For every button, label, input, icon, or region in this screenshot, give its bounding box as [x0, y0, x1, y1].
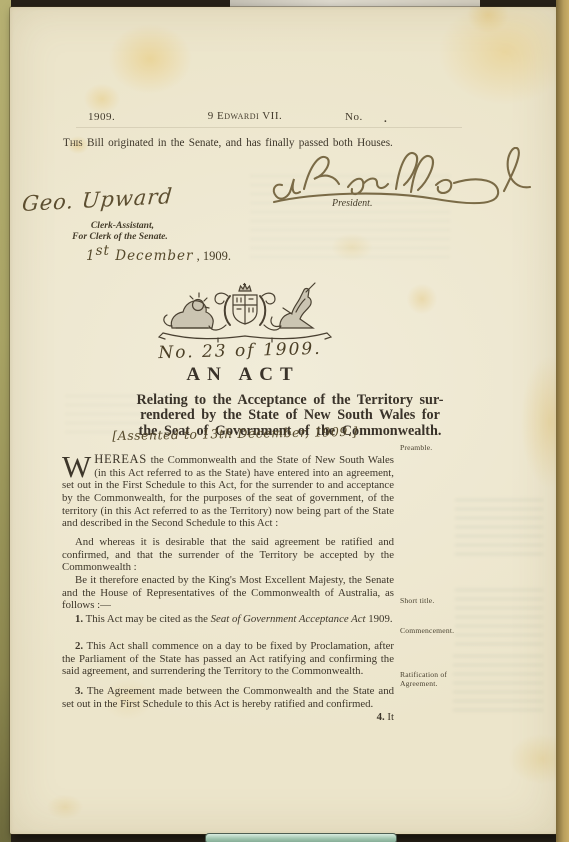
margin-note-commencement: Commencement.	[400, 627, 480, 636]
royal-coat-of-arms-icon	[156, 282, 334, 344]
preamble-lead: HEREAS	[94, 452, 147, 466]
section-number: 1.	[75, 613, 83, 625]
header-stray-dot: .	[384, 113, 387, 125]
president-signature	[268, 147, 552, 211]
origination-lead-word: This	[63, 137, 83, 149]
page-behind-edge	[230, 0, 480, 7]
clerk-title-line1: Clerk-Assistant,	[65, 220, 180, 231]
section-number: 3.	[75, 685, 83, 697]
header-year: 1909.	[88, 111, 115, 123]
president-label: President.	[332, 198, 372, 209]
show-through-text	[455, 499, 543, 561]
clerk-signature: Geo. Upward	[21, 184, 174, 216]
margin-note-ratification: Ratification of Agreement.	[400, 671, 480, 689]
preamble-paragraph: WHEREAS the Commonwealth and the State o…	[62, 453, 394, 530]
gutter-shadow	[556, 0, 569, 842]
clerk-title-line2: For Clerk of the Senate.	[40, 231, 200, 242]
section-number: 2.	[75, 640, 83, 652]
catchword-word: It	[385, 711, 394, 723]
section-text: This Act may be cited as the	[83, 613, 211, 625]
header-number-label: No.	[345, 111, 363, 123]
act-title-line: Relating to the Acceptance of the Territ…	[50, 393, 530, 408]
document-page: 1909. 9 Edwardi VII. No. . This Bill ori…	[10, 7, 557, 834]
date-year: , 1909.	[194, 249, 232, 263]
date-day: 1	[86, 248, 96, 264]
section-1-paragraph: 1. This Act may be cited as the Seat of …	[62, 613, 394, 626]
margin-note-short-title: Short title.	[400, 597, 480, 606]
section-text: 1909.	[366, 613, 393, 625]
act-citation-italic: Seat of Government Acceptance Act	[211, 613, 366, 625]
enacting-clause: Be it therefore enacted by the King's Mo…	[62, 574, 394, 612]
date-month: December	[110, 248, 194, 264]
section-3-paragraph: 3. The Agreement made between the Common…	[62, 685, 394, 710]
date-ordinal: st	[96, 243, 110, 259]
header-regnal-year: 9 Edwardi VII.	[170, 110, 320, 122]
catchword: 4. It	[62, 711, 394, 723]
section-text: This Act shall commence on a day to be f…	[62, 640, 394, 677]
recital-paragraph: And whereas it is desirable that the sai…	[62, 536, 394, 574]
section-2-paragraph: 2. This Act shall commence on a day to b…	[62, 640, 394, 678]
header-rule	[76, 127, 462, 128]
drop-cap: W	[62, 453, 94, 479]
section-text: The Agreement made between the Commonwea…	[62, 685, 394, 710]
catchword-number: 4.	[377, 711, 385, 723]
margin-note-preamble: Preamble.	[400, 444, 480, 453]
act-heading: AN ACT	[10, 364, 476, 386]
paper-weight-rod	[205, 833, 397, 842]
clerk-date: 1st December , 1909.	[86, 243, 231, 264]
